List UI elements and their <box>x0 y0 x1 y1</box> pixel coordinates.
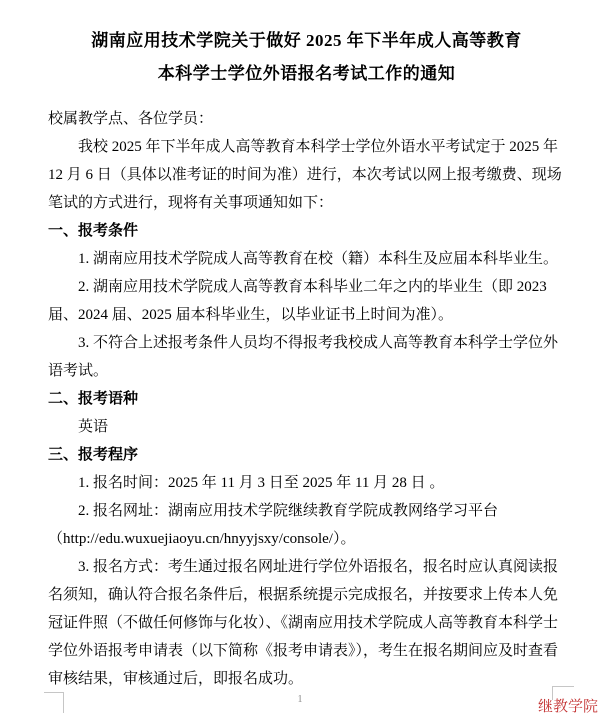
page-number: 1 <box>0 694 600 705</box>
section-heading-language: 二、报考语种 <box>48 385 565 413</box>
document-content: 湖南应用技术学院关于做好 2025 年下半年成人高等教育 本科学士学位外语报名考… <box>0 0 600 693</box>
section-heading-procedure: 三、报考程序 <box>48 441 565 469</box>
document-body: 校属教学点、各位学员： 我校 2025 年下半年成人高等教育本科学士学位外语水平… <box>48 105 565 693</box>
document-page: 湖南应用技术学院关于做好 2025 年下半年成人高等教育 本科学士学位外语报名考… <box>0 0 600 725</box>
document-title-line-2: 本科学士学位外语报名考试工作的通知 <box>48 57 565 90</box>
intro-paragraph: 我校 2025 年下半年成人高等教育本科学士学位外语水平考试定于 2025 年 … <box>48 133 565 217</box>
section-heading-conditions: 一、报考条件 <box>48 217 565 245</box>
department-stamp-text: 继教学院 <box>538 698 598 716</box>
section-item-paragraph: 3. 报名方式：考生通过报名网址进行学位外语报名，报名时应认真阅读报名须知，确认… <box>48 553 565 693</box>
section-item-paragraph: 英语 <box>48 413 565 441</box>
section-item-paragraph: 1. 湖南应用技术学院成人高等教育在校（籍）本科生及应届本科毕业生。 <box>48 245 565 273</box>
section-item-paragraph: 3. 不符合上述报考条件人员均不得报考我校成人高等教育本科学士学位外语考试。 <box>48 329 565 385</box>
salutation-paragraph: 校属教学点、各位学员： <box>48 105 565 133</box>
section-item-paragraph: 2. 湖南应用技术学院成人高等教育本科毕业二年之内的毕业生（即 2023 届、2… <box>48 273 565 329</box>
section-item-paragraph: 1. 报名时间：2025 年 11 月 3 日至 2025 年 11 月 28 … <box>48 469 565 497</box>
document-title-line-1: 湖南应用技术学院关于做好 2025 年下半年成人高等教育 <box>48 24 565 57</box>
document-title: 湖南应用技术学院关于做好 2025 年下半年成人高等教育 本科学士学位外语报名考… <box>48 24 565 90</box>
section-item-paragraph: 2. 报名网址：湖南应用技术学院继续教育学院成教网络学习平台（http://ed… <box>48 497 565 553</box>
